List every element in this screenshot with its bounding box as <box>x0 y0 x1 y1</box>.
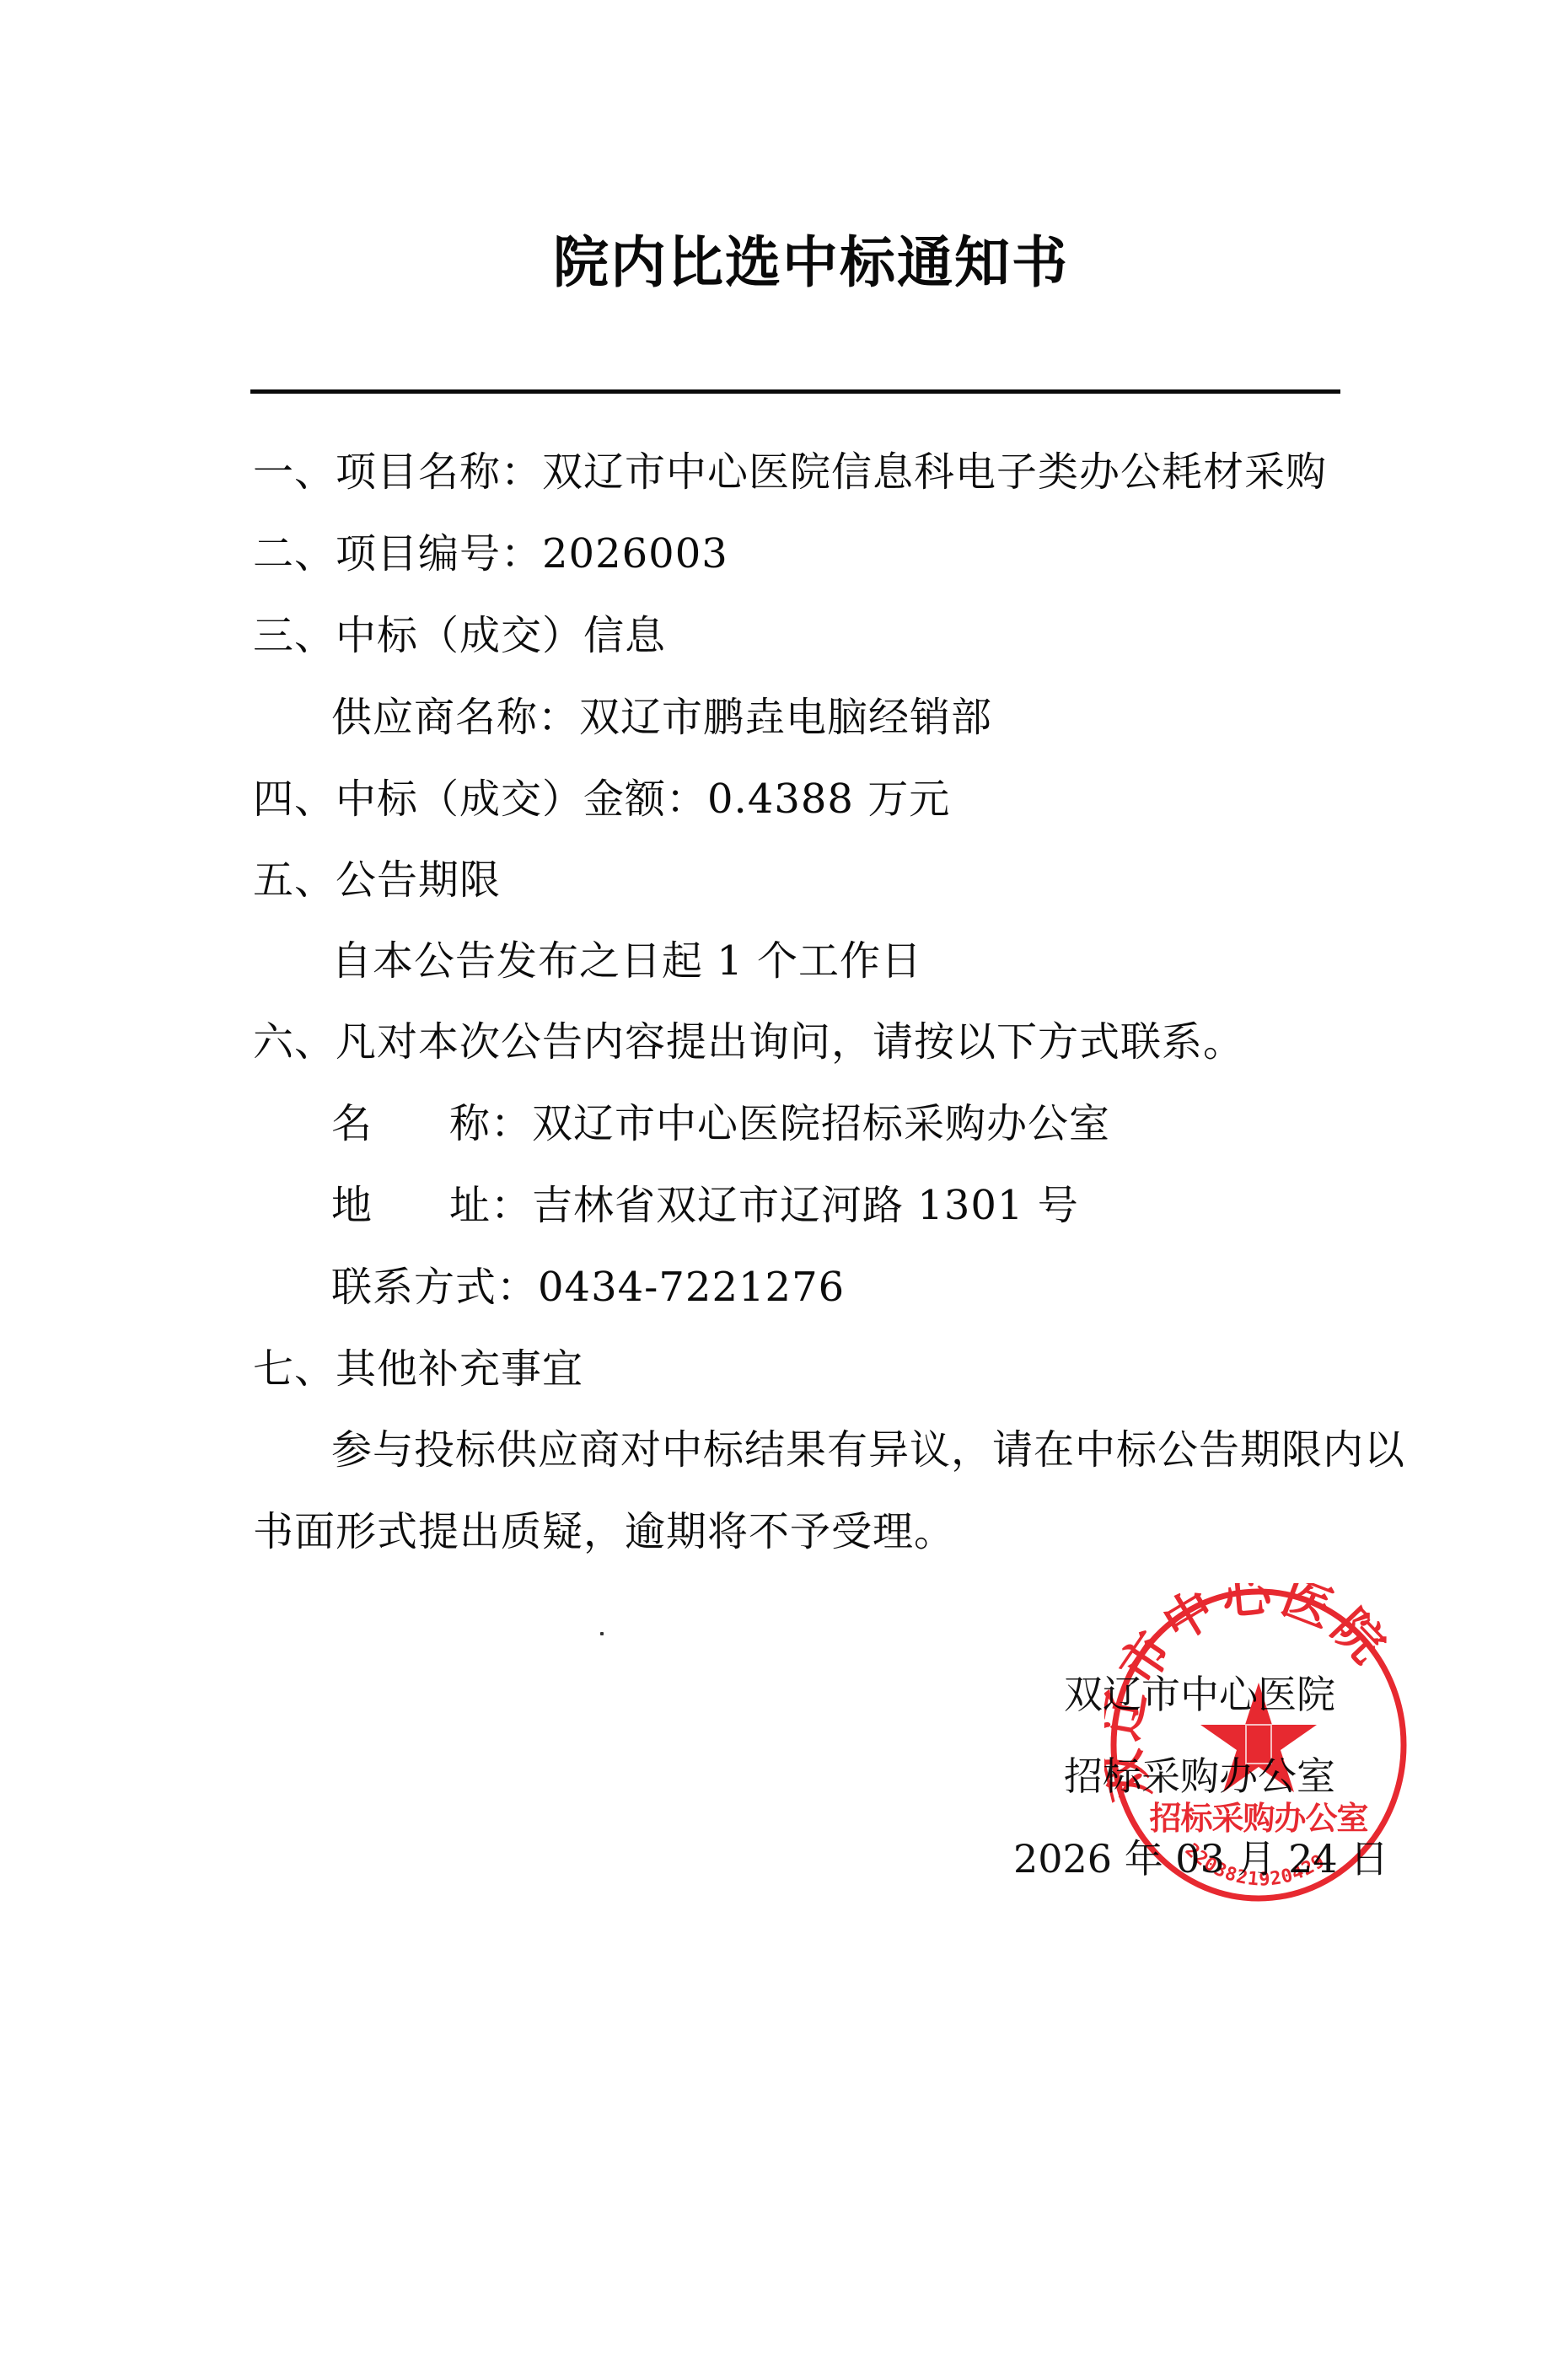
contact-name-value: 双辽市中心医院招标采购办公室 <box>532 1100 1110 1147</box>
contact-name-line: 名称：双辽市中心医院招标采购办公室 <box>331 1098 1110 1149</box>
seal-arc-text: 双辽市中心医院 <box>1104 1583 1399 1807</box>
contact-phone-value: 0434-7221276 <box>538 1264 845 1311</box>
section-label: 四、中标（成交）金额： <box>253 776 707 823</box>
svg-text:2203821920429: 2203821920429 <box>1181 1839 1329 1890</box>
contact-name-label: 名 <box>331 1098 449 1149</box>
document-page: 院内比选中标通知书 一、项目名称：双辽市中心医院信息科电子类办公耗材采购 二、项… <box>0 0 1568 2357</box>
section-project-name: 一、项目名称：双辽市中心医院信息科电子类办公耗材采购 <box>253 447 1327 497</box>
official-seal-icon: 双辽市中心医院 招标采购办公室 2203821920429 <box>1104 1583 1416 1908</box>
contact-address-value: 吉林省双辽市辽河路 1301 号 <box>532 1182 1079 1229</box>
section-label: 七、其他补充事宜 <box>253 1345 583 1393</box>
award-amount-value: 0.4388 万元 <box>707 776 950 823</box>
section-label: 二、项目编号： <box>253 530 542 577</box>
svg-text:招标采购办公室: 招标采购办公室 <box>1149 1800 1368 1837</box>
contact-address-label-suffix: 址： <box>449 1182 532 1229</box>
contact-address-label: 地 <box>331 1180 449 1231</box>
objection-paragraph-line2: 书面形式提出质疑，逾期将不予受理。 <box>253 1506 955 1557</box>
section-label: 一、项目名称： <box>253 448 542 496</box>
section-other-matters: 七、其他补充事宜 <box>253 1344 583 1394</box>
notice-period-value: 自本公告发布之日起 1 个工作日 <box>331 937 922 985</box>
section-award-info: 三、中标（成交）信息 <box>253 610 666 661</box>
section-label: 六、凡对本次公告内容提出询问，请按以下方式联系。 <box>253 1018 1244 1066</box>
section-label: 三、中标（成交）信息 <box>253 612 666 659</box>
section-project-number: 二、项目编号：2026003 <box>253 529 728 579</box>
section-award-amount: 四、中标（成交）金额：0.4388 万元 <box>253 774 950 824</box>
project-number-value: 2026003 <box>542 530 728 577</box>
section-label: 五、公告期限 <box>253 856 501 904</box>
svg-text:双辽市中心医院: 双辽市中心医院 <box>1104 1583 1399 1807</box>
title-divider <box>250 389 1340 394</box>
supplier-value: 双辽市鹏垚电脑经销部 <box>579 694 992 741</box>
supplier-line: 供应商名称：双辽市鹏垚电脑经销部 <box>331 692 992 743</box>
notice-period-line: 自本公告发布之日起 1 个工作日 <box>331 936 922 986</box>
scan-speck <box>600 1632 604 1635</box>
document-title: 院内比选中标通知书 <box>0 221 1568 305</box>
contact-name-label-suffix: 称： <box>449 1100 532 1147</box>
objection-paragraph-line1: 参与投标供应商对中标结果有异议，请在中标公告期限内以 <box>331 1425 1405 1475</box>
contact-address-line: 地址：吉林省双辽市辽河路 1301 号 <box>331 1180 1079 1231</box>
project-name-value: 双辽市中心医院信息科电子类办公耗材采购 <box>542 448 1327 496</box>
section-notice-period: 五、公告期限 <box>253 855 501 905</box>
supplier-label: 供应商名称： <box>331 694 579 741</box>
contact-phone-line: 联系方式：0434-7221276 <box>331 1262 845 1313</box>
contact-phone-label: 联系方式： <box>331 1264 538 1311</box>
section-inquiry: 六、凡对本次公告内容提出询问，请按以下方式联系。 <box>253 1017 1244 1067</box>
